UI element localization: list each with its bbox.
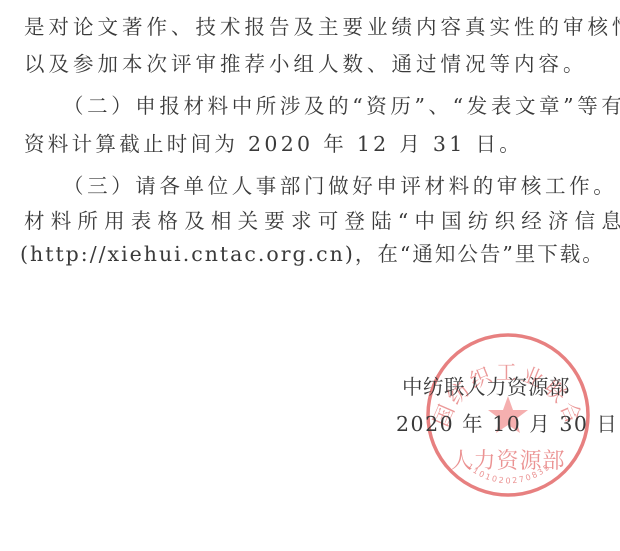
paragraph-3-line-2: 材料所用表格及相关要求可登陆“中国纺织经济信息网” [24, 208, 620, 234]
signature-organization: 中纺联人力资源部 [402, 374, 570, 400]
paragraph-3-line-3-url: (http://xiehui.cntac.org.cn)，在“通知公告”里下载。 [20, 241, 605, 267]
paragraph-2-line-2: 资料计算截止时间为 2020 年 12 月 31 日。 [24, 131, 523, 157]
paragraph-1-line-2: 以及参加本次评审推荐小组人数、通过情况等内容。 [24, 51, 588, 77]
paragraph-1-line-1: 是对论文著作、技术报告及主要业绩内容真实性的审核情况， [24, 14, 620, 40]
paragraph-2-line-1: （二）申报材料中所涉及的“资历”、“发表文章”等有关 [63, 93, 620, 119]
signature-date: 2020 年 10 月 30 日 [396, 411, 618, 437]
paragraph-3-line-1: （三）请各单位人事部门做好申评材料的审核工作。申评 [63, 173, 620, 199]
